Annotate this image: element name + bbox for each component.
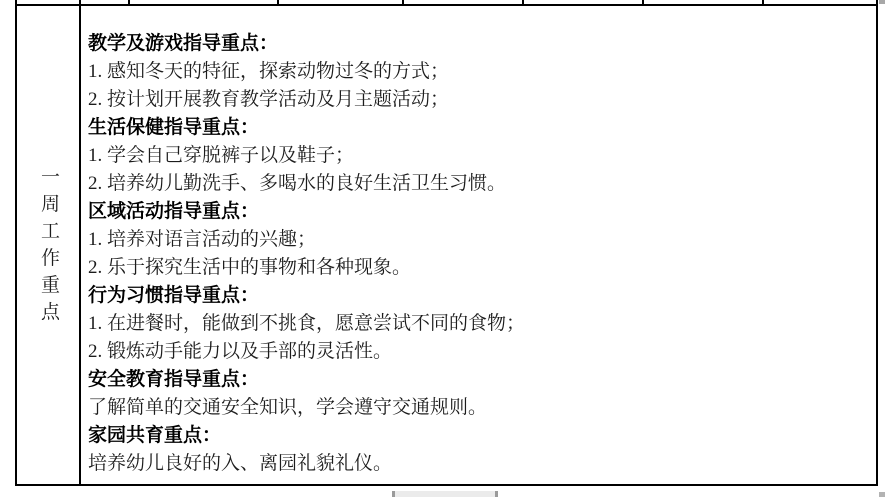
content-line: 2. 乐于探究生活中的事物和各种现象。 <box>88 254 868 282</box>
section-heading: 区域活动指导重点： <box>88 198 868 226</box>
scrollbar-corner-fragment[interactable] <box>879 492 885 497</box>
column-divider <box>79 0 81 486</box>
horizontal-scrollbar-thumb[interactable] <box>392 491 498 497</box>
content-line: 1. 学会自己穿脱裤子以及鞋子； <box>88 142 868 170</box>
content-line: 2. 锻炼动手能力以及手部的灵活性。 <box>88 338 868 366</box>
content-line: 2. 按计划开展教育教学活动及月主题活动； <box>88 86 868 114</box>
content-line: 1. 在进餐时，能做到不挑食，愿意尝试不同的食物； <box>88 310 868 338</box>
row-content-cell: 教学及游戏指导重点： 1. 感知冬天的特征，探索动物过冬的方式； 2. 按计划开… <box>88 30 868 478</box>
section-heading: 行为习惯指导重点： <box>88 282 868 310</box>
content-line: 了解简单的交通安全知识，学会遵守交通规则。 <box>88 394 868 422</box>
row-header-cell: 一 周 工 作 重 点 <box>17 6 76 484</box>
section-heading: 家园共育重点： <box>88 422 868 450</box>
section-heading: 生活保健指导重点： <box>88 114 868 142</box>
content-line: 培养幼儿良好的入、离园礼貌礼仪。 <box>88 450 868 478</box>
vertical-scrollbar-fragment[interactable] <box>879 0 885 4</box>
content-line: 1. 培养对语言活动的兴趣； <box>88 226 868 254</box>
row-header-char: 工 <box>41 218 60 245</box>
table-border-right <box>876 0 878 486</box>
document-page: 一 周 工 作 重 点 教学及游戏指导重点： 1. 感知冬天的特征，探索动物过冬… <box>0 0 885 497</box>
row-header-char: 点 <box>41 299 60 326</box>
table-border-top <box>15 4 878 6</box>
section-heading: 教学及游戏指导重点： <box>88 30 868 58</box>
content-line: 1. 感知冬天的特征，探索动物过冬的方式； <box>88 58 868 86</box>
row-header-char: 作 <box>41 245 60 272</box>
row-header-char: 周 <box>41 191 60 218</box>
content-line: 2. 培养幼儿勤洗手、多喝水的良好生活卫生习惯。 <box>88 170 868 198</box>
table-border-bottom <box>15 484 878 486</box>
row-header-char: 重 <box>41 272 60 299</box>
section-heading: 安全教育指导重点： <box>88 366 868 394</box>
row-header-char: 一 <box>41 164 60 191</box>
